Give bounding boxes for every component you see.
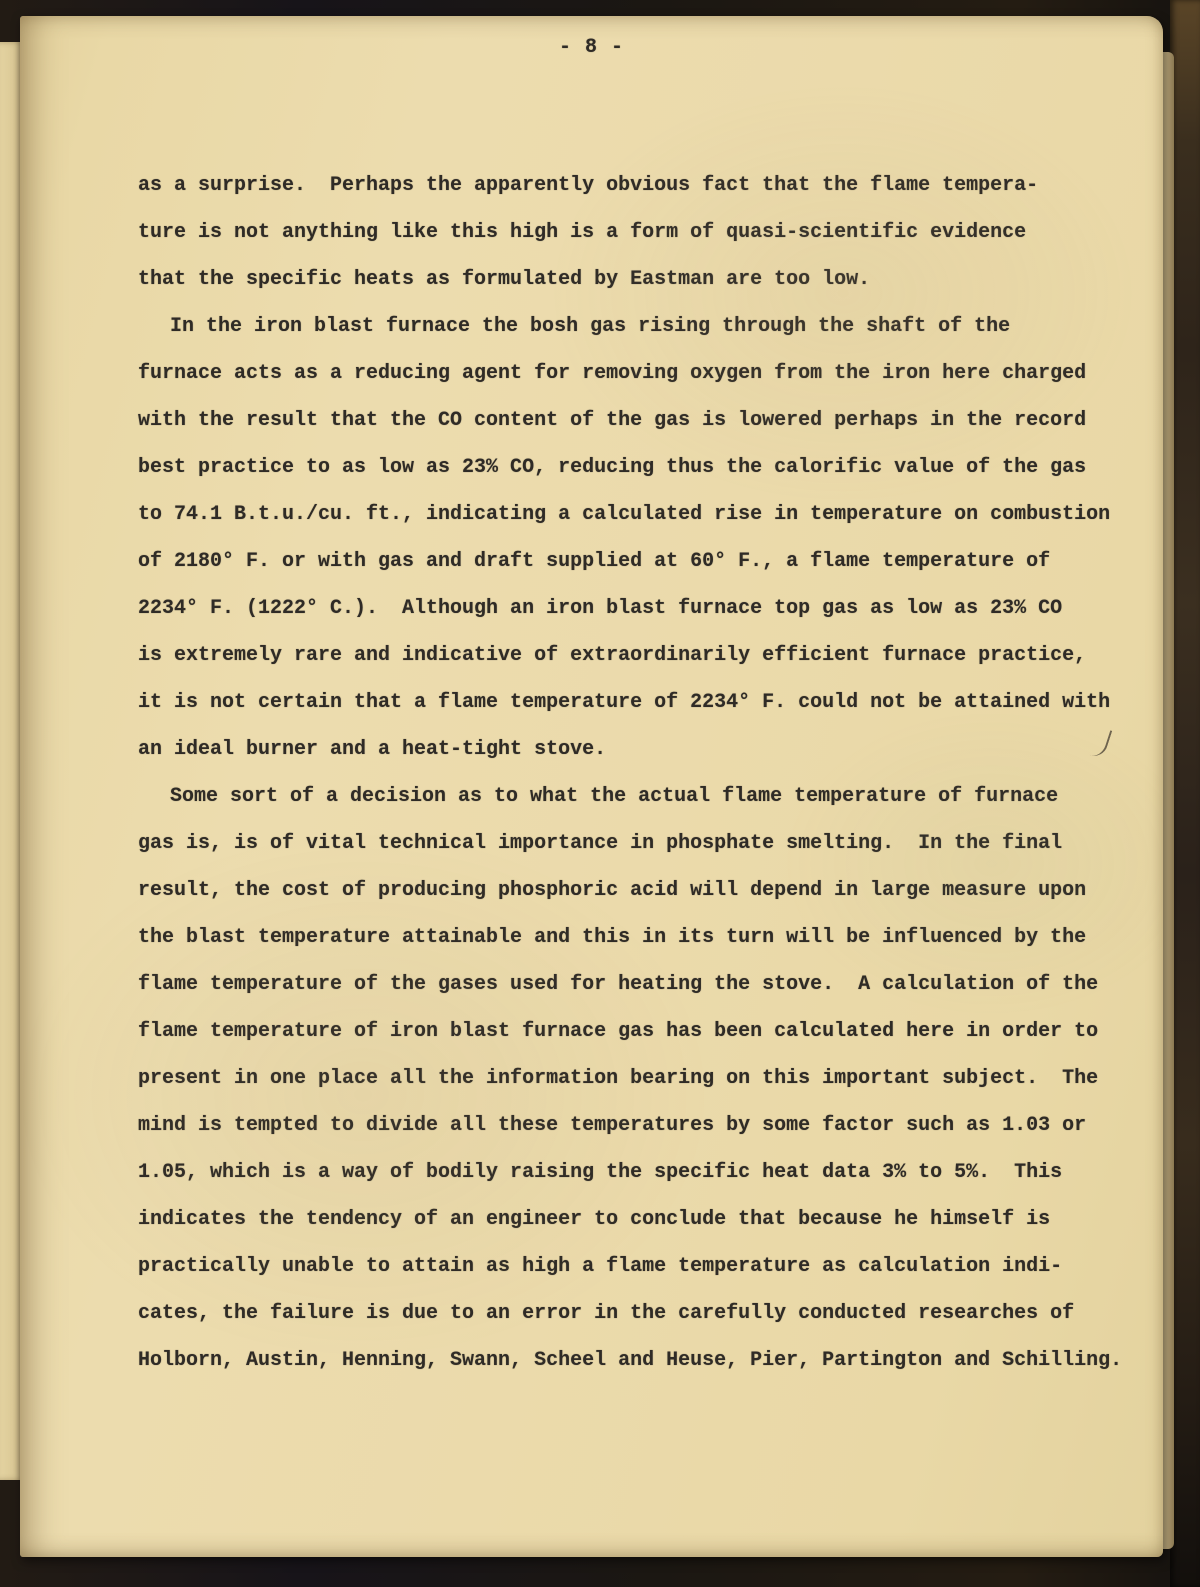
text-line: 1.05, which is a way of bodily raising t… [138,1149,1123,1196]
book-binding [1170,0,1200,1587]
page-text: as a surprise. Perhaps the apparently ob… [138,162,1123,1384]
text-line: of 2180° F. or with gas and draft suppli… [138,538,1123,585]
text-line: mind is tempted to divide all these temp… [138,1102,1123,1149]
text-line: flame temperature of iron blast furnace … [138,1008,1123,1055]
text-line: is extremely rare and indicative of extr… [138,632,1123,679]
text-line: flame temperature of the gases used for … [138,961,1123,1008]
text-line: furnace acts as a reducing agent for rem… [138,350,1123,397]
text-line: practically unable to attain as high a f… [138,1243,1123,1290]
text-line: best practice to as low as 23% CO, reduc… [138,444,1123,491]
text-line: Holborn, Austin, Henning, Swann, Scheel … [138,1337,1123,1384]
text-line: the blast temperature attainable and thi… [138,914,1123,961]
text-line: it is not certain that a flame temperatu… [138,679,1123,726]
text-line: cates, the failure is due to an error in… [138,1290,1123,1337]
book-scan: - 8 - as a surprise. Perhaps the apparen… [0,0,1200,1587]
text-line: to 74.1 B.t.u./cu. ft., indicating a cal… [138,491,1123,538]
text-line: ture is not anything like this high is a… [138,209,1123,256]
text-line: indicates the tendency of an engineer to… [138,1196,1123,1243]
text-line: In the iron blast furnace the bosh gas r… [138,303,1123,350]
text-line: an ideal burner and a heat-tight stove. [138,726,1123,773]
text-line: with the result that the CO content of t… [138,397,1123,444]
text-line: present in one place all the information… [138,1055,1123,1102]
document-page: - 8 - as a surprise. Perhaps the apparen… [20,16,1163,1557]
page-number: - 8 - [20,36,1163,59]
text-line: 2234° F. (1222° C.). Although an iron bl… [138,585,1123,632]
text-line: that the specific heats as formulated by… [138,256,1123,303]
text-line: gas is, is of vital technical importance… [138,820,1123,867]
text-line: result, the cost of producing phosphoric… [138,867,1123,914]
text-line: as a surprise. Perhaps the apparently ob… [138,162,1123,209]
text-line: Some sort of a decision as to what the a… [138,773,1123,820]
